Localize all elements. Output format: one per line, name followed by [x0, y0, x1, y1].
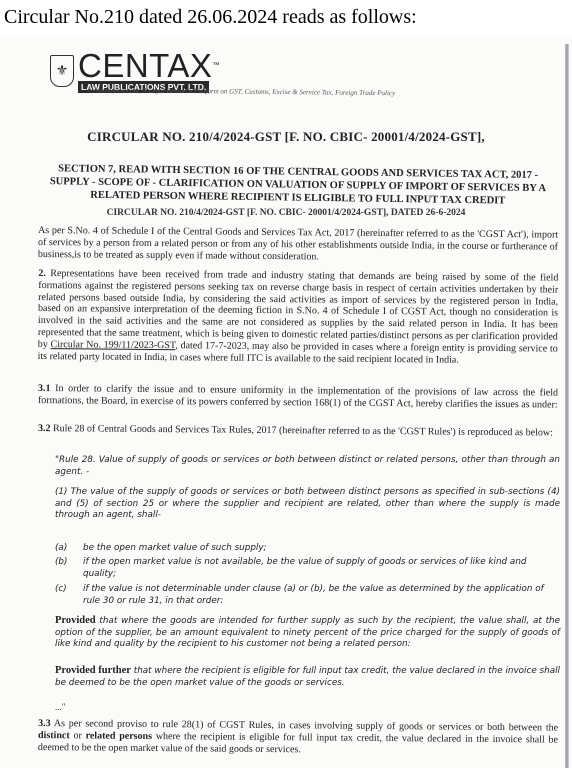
paragraph-3-1: 3.1 In order to clarify the issue and to…: [38, 383, 558, 411]
circular-subtitle: CIRCULAR NO. 210/4/2024-GST [F. NO. CBIC…: [0, 208, 572, 218]
clause-c: (c)if the value is not determinable unde…: [55, 584, 560, 607]
page-heading: Circular No.210 dated 26.06.2024 reads a…: [4, 6, 417, 29]
shield-crest-icon: ⚜: [50, 55, 74, 87]
rule-28-heading: "Rule 28. Value of supply of goods or se…: [55, 455, 560, 478]
clause-a: (a)be the open market value of such supp…: [55, 543, 560, 555]
paragraph-3-3: 3.3 As per second proviso to rule 28(1) …: [38, 718, 558, 758]
paragraph-2: 2. Representations have been received fr…: [38, 268, 559, 367]
proviso-1: Provided that where the goods are intend…: [55, 615, 560, 651]
circular-title: CIRCULAR NO. 210/4/2024-GST [F. NO. CBIC…: [0, 129, 572, 145]
clause-b: (b)if the open market value is not avail…: [55, 557, 560, 580]
proviso-2: Provided further that where the recipien…: [55, 665, 560, 689]
rule-28-subrule-1: (1) The value of the supply of goods or …: [55, 487, 560, 522]
quote-ellipsis: ...": [55, 702, 65, 712]
paragraph-1: As per S.No. 4 of Schedule I of the Cent…: [38, 225, 558, 265]
brand-name: CENTAX™: [78, 53, 220, 79]
circular-199-link[interactable]: Circular No. 199/11/2023-GST: [51, 339, 176, 351]
page-edge-shadow: [565, 44, 569, 768]
section-heading: SECTION 7, READ WITH SECTION 16 OF THE C…: [38, 162, 558, 208]
